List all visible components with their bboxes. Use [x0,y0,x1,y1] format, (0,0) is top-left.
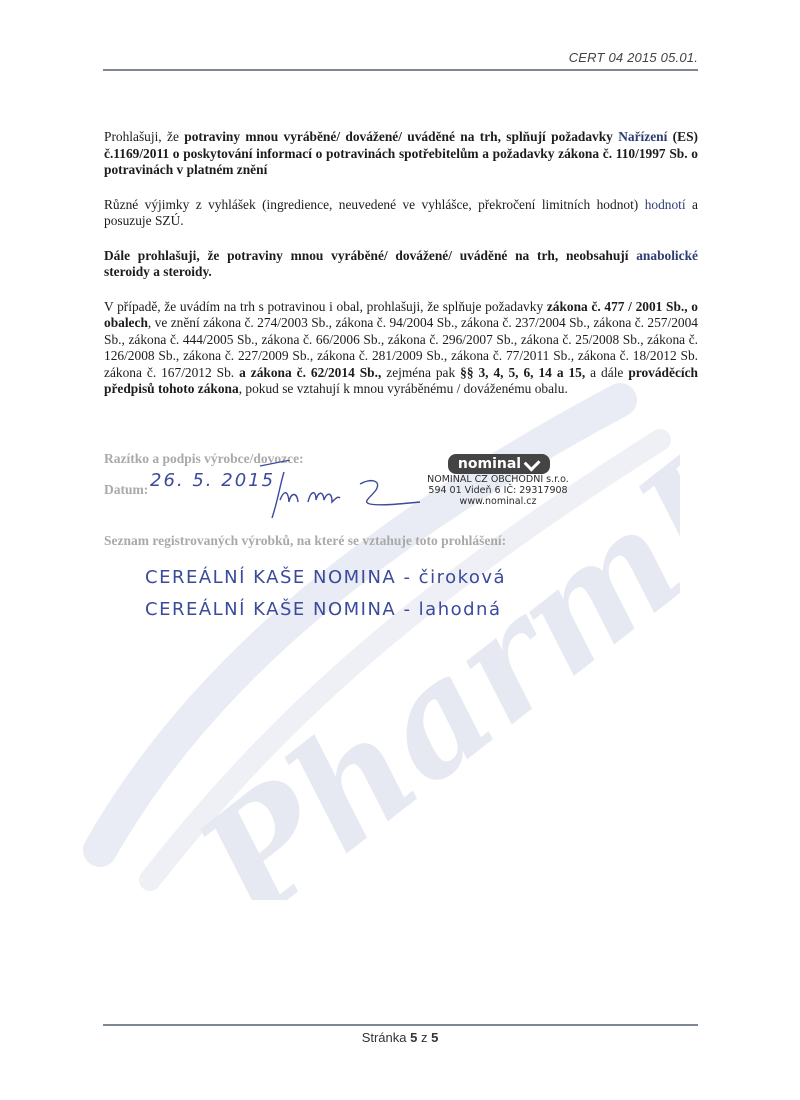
footer-divider [103,1024,698,1026]
product-list-item: CEREÁLNÍ KAŠE NOMINA - lahodná [145,594,506,626]
product-list-item: CEREÁLNÍ KAŠE NOMINA - čiroková [145,562,506,594]
document-reference: CERT 04 2015 05.01. [569,50,698,65]
date-label: Datum: [104,482,148,498]
checkmark-icon [524,454,541,471]
paragraph-exceptions: Různé výjimky z vyhlášek (ingredience, n… [104,197,698,230]
nominal-logo: nominal [448,454,550,474]
page-number: Stránka 5 z 5 [0,1030,800,1045]
stamp-website: www.nominal.cz [422,496,574,507]
paragraph-food-compliance: Prohlašuji, že potraviny mnou vyráběné/ … [104,129,698,179]
stamp-address: 594 01 Videň 6 IČ: 29317908 [422,485,574,496]
stamp-company-name: NOMINAL CZ OBCHODNÍ s.r.o. [422,474,574,485]
company-stamp: nominal NOMINAL CZ OBCHODNÍ s.r.o. 594 0… [404,453,574,507]
declaration-body: Prohlašuji, že potraviny mnou vyráběné/ … [104,129,698,416]
product-list-label: Seznam registrovaných výrobků, na které … [104,533,506,549]
document-page: PharmDates CERT 04 2015 05.01. Prohlašuj… [0,0,800,1100]
paragraph-steroids: Dále prohlašuji, že potraviny mnou vyráb… [104,248,698,281]
handwritten-signature [250,460,430,530]
header-divider [103,69,698,71]
product-list: CEREÁLNÍ KAŠE NOMINA - čiroková CEREÁLNÍ… [145,562,506,626]
paragraph-packaging: V případě, že uvádím na trh s potravinou… [104,299,698,398]
